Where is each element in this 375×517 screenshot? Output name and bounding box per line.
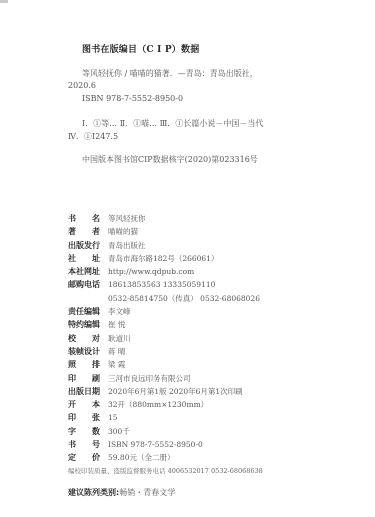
row-label: 出版日期 [68, 385, 108, 398]
copyright-table: 书名等风轻抚你 著者喵喵的猫 出版发行青岛出版社 社址青岛市海尔路182号（26… [68, 212, 260, 465]
row-value: 青岛市海尔路182号（266061） [108, 252, 218, 265]
display-category-value: 畅销・青春文学 [119, 488, 175, 497]
page-corner-mark [0, 0, 8, 3]
row-label: 书号 [68, 438, 108, 451]
row-designer: 装帧设计蒋 晴 [68, 345, 260, 358]
row-value: 梁 霞 [108, 358, 125, 371]
row-label: 装帧设计 [68, 345, 108, 358]
row-value: 喵喵的猫 [108, 225, 138, 238]
row-word-count: 字数300千 [68, 425, 260, 438]
row-value: ISBN 978-7-5552-8950-0 [108, 438, 203, 451]
row-label: 印刷 [68, 372, 108, 385]
row-value: 李文峰 [108, 305, 131, 318]
row-label: 开本 [68, 398, 108, 411]
cip-title: 图书在版编目（C I P）数据 [82, 42, 199, 55]
row-label: 校对 [68, 332, 108, 345]
row-label: 邮购电话 [68, 278, 108, 291]
cip-line-isbn: ISBN 978-7-5552-8950-0 [82, 94, 183, 103]
cip-core-number: 中国版本图书馆CIP数据核字(2020)第023316号 [82, 154, 258, 165]
row-sheets: 印张15 [68, 411, 260, 424]
row-mail-order-phone: 邮购电话18613853563 13335059110 [68, 278, 260, 291]
row-typesetting: 照排梁 霞 [68, 358, 260, 371]
row-editor: 责任编辑李文峰 [68, 305, 260, 318]
row-author: 著者喵喵的猫 [68, 225, 260, 238]
display-category: 建议陈列类别:畅销・青春文学 [68, 487, 175, 498]
row-label: 照排 [68, 358, 108, 371]
row-title: 书名等风轻抚你 [68, 212, 260, 225]
cip-line-classification: Ⅰ．①等… Ⅱ．①喵… Ⅲ．①长篇小说－中国－当代 [82, 118, 263, 129]
row-value: 300千 [108, 425, 130, 438]
row-value: 等风轻抚你 [108, 212, 146, 225]
row-label: 特约编辑 [68, 318, 108, 331]
cip-line-2: 2020.6 [68, 81, 96, 90]
row-value: 15 [108, 411, 118, 424]
row-address: 社址青岛市海尔路182号（266061） [68, 252, 260, 265]
cip-line-class-code: Ⅳ．①I247.5 [68, 131, 118, 142]
row-label: 著者 [68, 225, 108, 238]
display-category-label: 建议陈列类别: [68, 488, 119, 497]
row-label: 社址 [68, 252, 108, 265]
row-price: 定价59.80元（全二册） [68, 451, 260, 464]
row-label: 定价 [68, 451, 108, 464]
row-website: 本社网址http://www.qdpub.com [68, 265, 260, 278]
row-fax: 占位0532-85814750（传真） 0532-68068026 [68, 292, 260, 305]
row-value: 18613853563 13335059110 [108, 278, 215, 291]
row-value: 耿道川 [108, 332, 131, 345]
row-value: 2020年6月第1版 2020年6月第1次印刷 [108, 385, 243, 398]
row-value: 0532-85814750（传真） 0532-68068026 [108, 292, 260, 305]
row-label: 字数 [68, 425, 108, 438]
row-value: 蒋 晴 [108, 345, 125, 358]
row-label: 责任编辑 [68, 305, 108, 318]
row-format: 开本32开（880mm×1230mm） [68, 398, 260, 411]
row-special-editor: 特约编辑崔 悦 [68, 318, 260, 331]
row-printer: 印刷三河市良远印务有限公司 [68, 372, 260, 385]
row-pub-date: 出版日期2020年6月第1版 2020年6月第1次印刷 [68, 385, 260, 398]
row-value: 青岛出版社 [108, 239, 146, 252]
quality-notice: 编校印装质量、盗版监督服务电话 4006532017 0532-68068638 [68, 466, 263, 475]
row-value: 32开（880mm×1230mm） [108, 398, 208, 411]
row-isbn: 书号ISBN 978-7-5552-8950-0 [68, 438, 260, 451]
row-proofreader: 校对耿道川 [68, 332, 260, 345]
row-value: 三河市良远印务有限公司 [108, 372, 191, 385]
row-publisher: 出版发行青岛出版社 [68, 239, 260, 252]
row-value: http://www.qdpub.com [108, 265, 194, 278]
row-label: 出版发行 [68, 239, 108, 252]
row-value: 崔 悦 [108, 318, 125, 331]
row-label: 印张 [68, 411, 108, 424]
row-label: 本社网址 [68, 265, 108, 278]
row-label: 书名 [68, 212, 108, 225]
cip-line-1: 等风轻抚你 / 喵喵的猫著．—青岛：青岛出版社， [82, 68, 258, 79]
row-value: 59.80元（全二册） [108, 451, 174, 464]
